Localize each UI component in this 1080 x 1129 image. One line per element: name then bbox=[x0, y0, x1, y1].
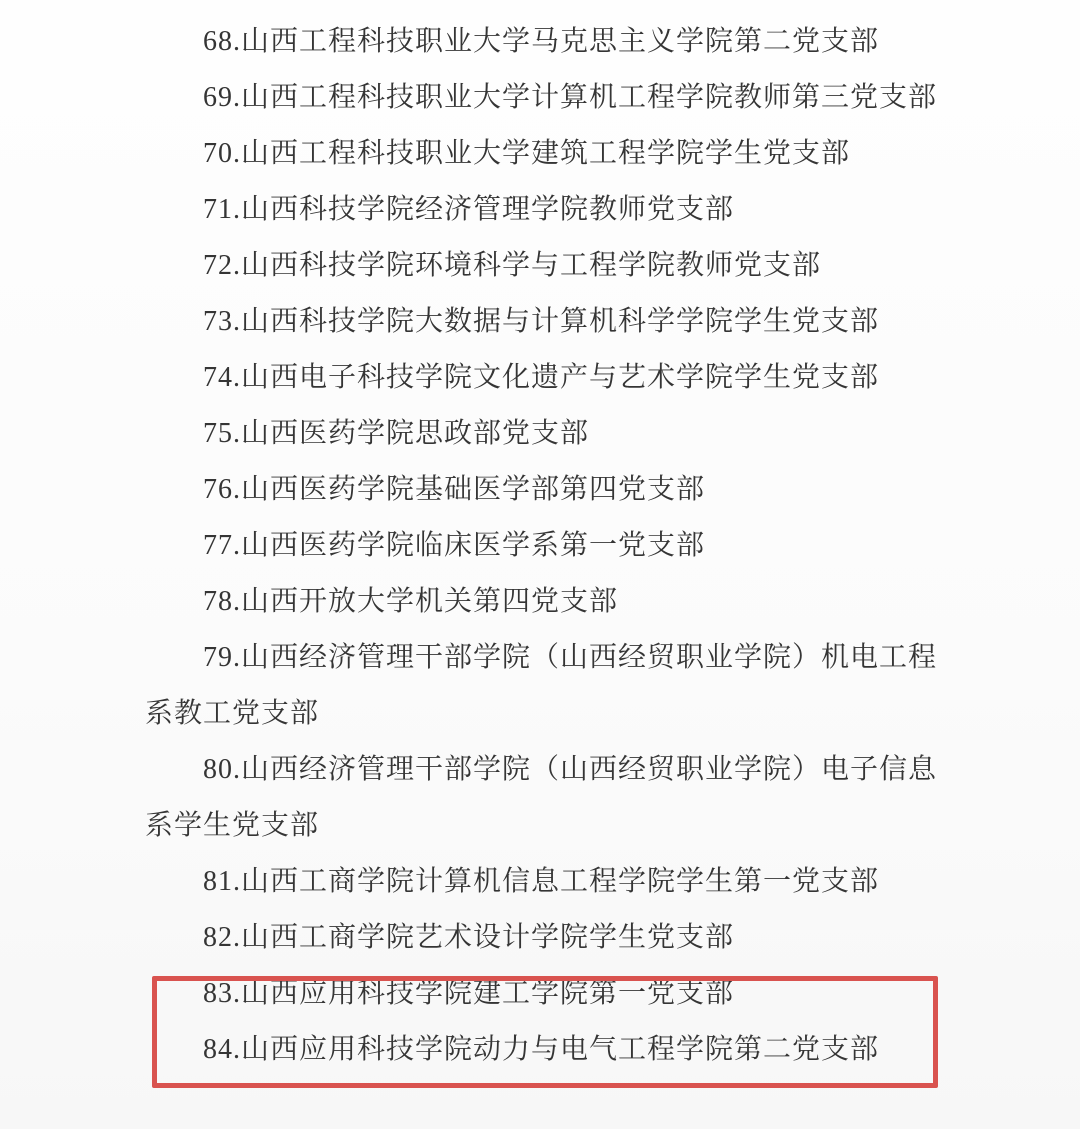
list-item: 72.山西科技学院环境科学与工程学院教师党支部 bbox=[145, 238, 951, 294]
item-number: 70. bbox=[203, 138, 241, 169]
item-number: 78. bbox=[203, 586, 241, 617]
list-item: 74.山西电子科技学院文化遗产与艺术学院学生党支部 bbox=[145, 350, 951, 406]
item-number: 69. bbox=[203, 82, 241, 113]
item-text: 山西工商学院艺术设计学院学生党支部 bbox=[241, 922, 734, 953]
item-text: 山西医药学院临床医学系第一党支部 bbox=[241, 530, 705, 561]
list-item: 81.山西工商学院计算机信息工程学院学生第一党支部 bbox=[145, 854, 951, 910]
item-text: 山西电子科技学院文化遗产与艺术学院学生党支部 bbox=[241, 362, 879, 393]
item-number: 83. bbox=[203, 978, 241, 1009]
item-number: 77. bbox=[203, 530, 241, 561]
list-item: 76.山西医药学院基础医学部第四党支部 bbox=[145, 462, 951, 518]
list-item: 83.山西应用科技学院建工学院第一党支部 bbox=[145, 966, 951, 1022]
item-number: 71. bbox=[203, 194, 241, 225]
list-item: 79.山西经济管理干部学院（山西经贸职业学院）机电工程系教工党支部 bbox=[145, 630, 951, 742]
item-number: 79. bbox=[203, 642, 241, 673]
list-item: 77.山西医药学院临床医学系第一党支部 bbox=[145, 518, 951, 574]
list-item: 80.山西经济管理干部学院（山西经贸职业学院）电子信息系学生党支部 bbox=[145, 742, 951, 854]
item-text: 山西经济管理干部学院（山西经贸职业学院）电子信息系学生党支部 bbox=[145, 754, 937, 841]
item-text: 山西开放大学机关第四党支部 bbox=[241, 586, 618, 617]
list-item: 82.山西工商学院艺术设计学院学生党支部 bbox=[145, 910, 951, 966]
branch-list: 68.山西工程科技职业大学马克思主义学院第二党支部69.山西工程科技职业大学计算… bbox=[145, 14, 951, 1078]
item-text: 山西医药学院基础医学部第四党支部 bbox=[241, 474, 705, 505]
list-item: 69.山西工程科技职业大学计算机工程学院教师第三党支部 bbox=[145, 70, 951, 126]
item-text: 山西工程科技职业大学建筑工程学院学生党支部 bbox=[241, 138, 850, 169]
item-number: 81. bbox=[203, 866, 241, 897]
item-text: 山西应用科技学院动力与电气工程学院第二党支部 bbox=[241, 1034, 879, 1065]
item-number: 84. bbox=[203, 1034, 241, 1065]
item-text: 山西科技学院大数据与计算机科学学院学生党支部 bbox=[241, 306, 879, 337]
item-number: 80. bbox=[203, 754, 241, 785]
list-item: 70.山西工程科技职业大学建筑工程学院学生党支部 bbox=[145, 126, 951, 182]
item-number: 76. bbox=[203, 474, 241, 505]
list-item: 84.山西应用科技学院动力与电气工程学院第二党支部 bbox=[145, 1022, 951, 1078]
document-page: 68.山西工程科技职业大学马克思主义学院第二党支部69.山西工程科技职业大学计算… bbox=[0, 0, 1080, 1129]
list-item: 75.山西医药学院思政部党支部 bbox=[145, 406, 951, 462]
item-text: 山西工程科技职业大学计算机工程学院教师第三党支部 bbox=[241, 82, 937, 113]
item-number: 74. bbox=[203, 362, 241, 393]
item-number: 82. bbox=[203, 922, 241, 953]
item-text: 山西经济管理干部学院（山西经贸职业学院）机电工程系教工党支部 bbox=[145, 642, 937, 729]
item-text: 山西科技学院环境科学与工程学院教师党支部 bbox=[241, 250, 821, 281]
item-text: 山西工商学院计算机信息工程学院学生第一党支部 bbox=[241, 866, 879, 897]
list-item: 68.山西工程科技职业大学马克思主义学院第二党支部 bbox=[145, 14, 951, 70]
item-text: 山西应用科技学院建工学院第一党支部 bbox=[241, 978, 734, 1009]
item-text: 山西医药学院思政部党支部 bbox=[241, 418, 589, 449]
item-text: 山西科技学院经济管理学院教师党支部 bbox=[241, 194, 734, 225]
item-number: 72. bbox=[203, 250, 241, 281]
list-item: 73.山西科技学院大数据与计算机科学学院学生党支部 bbox=[145, 294, 951, 350]
item-number: 75. bbox=[203, 418, 241, 449]
item-text: 山西工程科技职业大学马克思主义学院第二党支部 bbox=[241, 26, 879, 57]
item-number: 73. bbox=[203, 306, 241, 337]
list-item: 71.山西科技学院经济管理学院教师党支部 bbox=[145, 182, 951, 238]
item-number: 68. bbox=[203, 26, 241, 57]
list-item: 78.山西开放大学机关第四党支部 bbox=[145, 574, 951, 630]
